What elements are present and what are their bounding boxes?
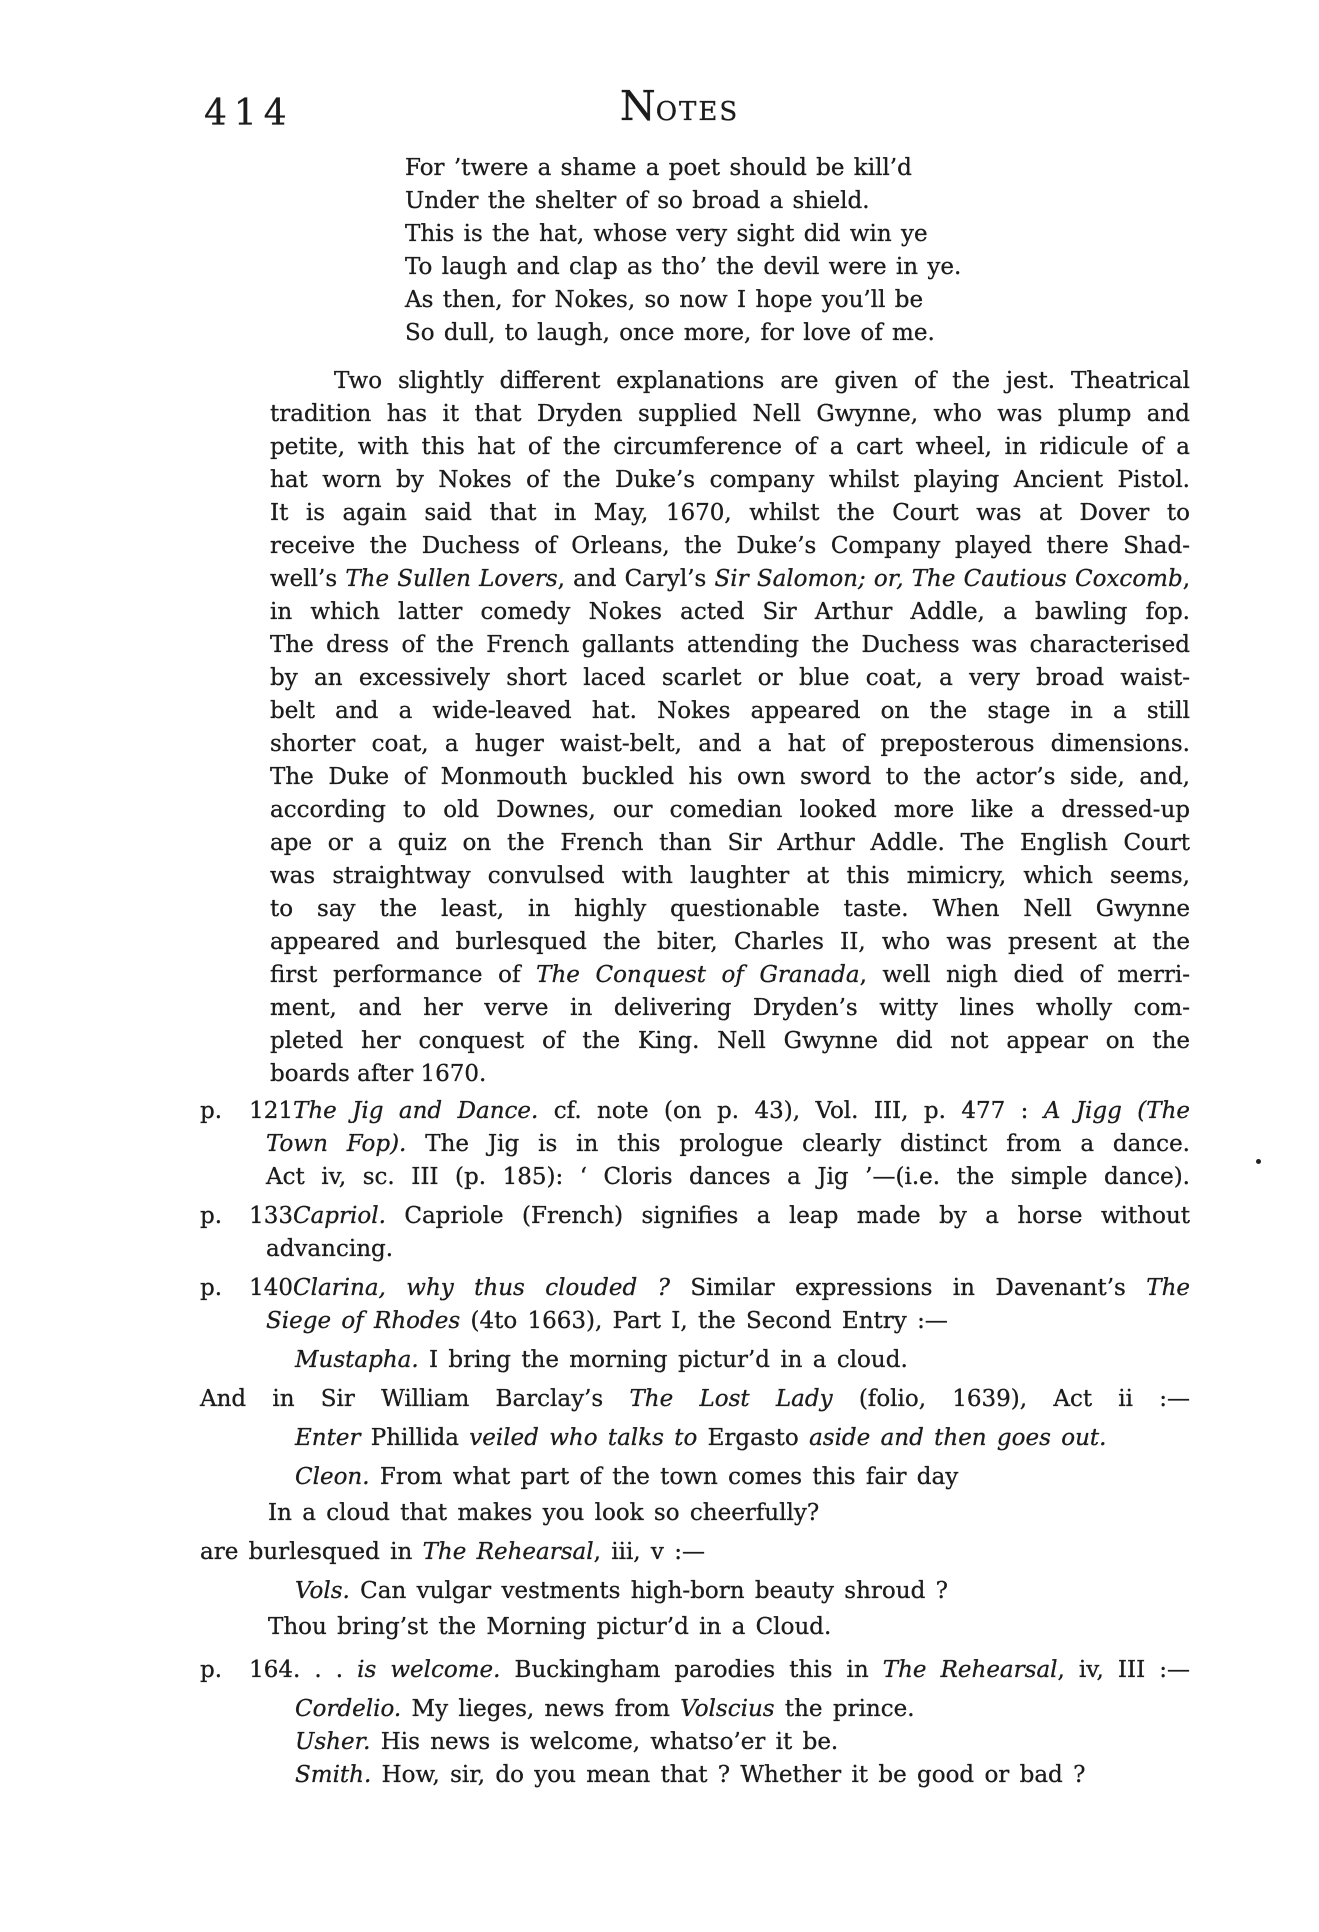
note-line: And in Sir William Barclay’s The Lost La…	[200, 1383, 1190, 1416]
note-page-ref: p. 140	[200, 1272, 293, 1305]
paragraph-line: tradition has it that Dryden supplied Ne…	[270, 398, 1190, 431]
note-page-ref: p. 133	[200, 1200, 293, 1233]
paragraph-line: Two slightly different explanations are …	[270, 365, 1190, 398]
book-page: 414 NOTES For ’twere a shame a poet shou…	[0, 0, 1319, 1932]
page-body: For ’twere a shame a poet should be kill…	[0, 0, 1319, 1792]
verse-line: This is the hat, whose very sight did wi…	[405, 218, 1190, 251]
paragraph-line: The dress of the French gallants attendi…	[270, 629, 1190, 662]
paragraph-line: receive the Duchess of Orleans, the Duke…	[270, 530, 1190, 563]
quote-line: In a cloud that makes you look so cheerf…	[268, 1497, 1190, 1530]
note-line: p. 121The Jig and Dance. cf. note (on p.…	[200, 1095, 1190, 1128]
paragraph-line: hat worn by Nokes of the Duke’s company …	[270, 464, 1190, 497]
paragraph-line: in which latter comedy Nokes acted Sir A…	[270, 596, 1190, 629]
quote-line: Vols. Can vulgar vestments high-born bea…	[295, 1575, 1190, 1608]
paragraph-line: The Duke of Monmouth buckled his own swo…	[270, 761, 1190, 794]
quote-line: Cordelio. My lieges, news from Volscius …	[295, 1693, 1190, 1726]
note-line: Act iv, sc. III (p. 185): ‘ Cloris dance…	[266, 1161, 1190, 1194]
paragraph-line: petite, with this hat of the circumferen…	[270, 431, 1190, 464]
note-page-ref: p. 121	[200, 1095, 293, 1128]
paragraph-line: boards after 1670.	[270, 1058, 1190, 1091]
verse-line: To laugh and clap as tho’ the devil were…	[405, 251, 1190, 284]
paragraph-line: pleted her conquest of the King. Nell Gw…	[270, 1025, 1190, 1058]
paragraph-line: It is again said that in May, 1670, whil…	[270, 497, 1190, 530]
note-line: Town Fop). The Jig is in this prologue c…	[266, 1128, 1190, 1161]
paragraph-line: belt and a wide-leaved hat. Nokes appear…	[270, 695, 1190, 728]
quote-line: Enter Phillida veiled who talks to Ergas…	[295, 1422, 1190, 1455]
quote-line: Usher. His news is welcome, whatso’er it…	[295, 1726, 1190, 1759]
paragraph-line: ape or a quiz on the French than Sir Art…	[270, 827, 1190, 860]
note-line: are burlesqued in The Rehearsal, iii, v …	[200, 1536, 1190, 1569]
quote-line: Smith. How, sir, do you mean that ? Whet…	[295, 1759, 1190, 1792]
paragraph-line: by an excessively short laced scarlet or…	[270, 662, 1190, 695]
paragraph-line: according to old Downes, our comedian lo…	[270, 794, 1190, 827]
note-line: Siege of Rhodes (4to 1663), Part I, the …	[266, 1305, 1190, 1338]
verse-line: Under the shelter of so broad a shield.	[405, 185, 1190, 218]
note-page-ref: p. 164	[200, 1654, 293, 1687]
note-line: advancing.	[266, 1233, 1190, 1266]
paragraph-line: to say the least, in highly questionable…	[270, 893, 1190, 926]
verse-line: As then, for Nokes, so now I hope you’ll…	[405, 284, 1190, 317]
quote-line: Thou bring’st the Morning pictur’d in a …	[268, 1611, 1190, 1644]
paragraph-line: shorter coat, a huger waist-belt, and a …	[270, 728, 1190, 761]
verse-line: So dull, to laugh, once more, for love o…	[405, 317, 1190, 350]
paragraph-line: appeared and burlesqued the biter, Charl…	[270, 926, 1190, 959]
note-line: p. 164. . . is welcome. Buckingham parod…	[200, 1654, 1190, 1687]
ink-speck	[1256, 1159, 1261, 1164]
paragraph-line: was straightway convulsed with laughter …	[270, 860, 1190, 893]
paragraph-line: first performance of The Conquest of Gra…	[270, 959, 1190, 992]
note-line: p. 133Capriol. Capriole (French) signifi…	[200, 1200, 1190, 1233]
quote-line: Cleon. From what part of the town comes …	[295, 1461, 1190, 1494]
verse-line: For ’twere a shame a poet should be kill…	[405, 152, 1190, 185]
quote-line: Mustapha. I bring the morning pictur’d i…	[295, 1344, 1190, 1377]
note-line: p. 140Clarina, why thus clouded ? Simila…	[200, 1272, 1190, 1305]
paragraph-line: ment, and her verve in delivering Dryden…	[270, 992, 1190, 1025]
paragraph-line: well’s The Sullen Lovers, and Caryl’s Si…	[270, 563, 1190, 596]
